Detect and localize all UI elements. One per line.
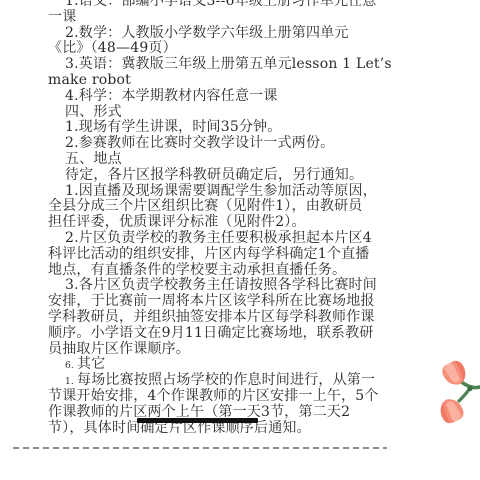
doc-line: 学科教研员，并组织抽签安排本片区每学科教师作课	[48, 310, 428, 326]
section-heading-format: 四、形式	[48, 105, 428, 121]
doc-line: 2.数学：人教版小学数学六年级上册第四单元	[48, 26, 428, 42]
doc-line: 担任评委，优质课评分标准（见附件2）。	[48, 215, 428, 231]
doc-line: 3.各片区负责学校教务主任请按照各学科比赛时间	[48, 278, 428, 294]
doc-line: 节课开始安排，4个作课教师的片区安排一上午，5个	[48, 389, 428, 405]
doc-line: 3.英语：冀教版三年级上册第五单元lesson 1 Let’s	[48, 57, 428, 73]
notice-text-block: 1.语文：部编小学语文3--6年级上册习作单元任意 一课 2.数学：人教版小学数…	[48, 0, 428, 436]
doc-line-text: 每场比赛按照占场学校的作息时间进行，从第一	[77, 372, 375, 388]
flower-stem-node	[467, 386, 472, 391]
doc-line: 安排，于比赛前一周将本片区该学科所在比赛场地报	[48, 294, 428, 310]
section-heading-location: 五、地点	[48, 152, 428, 168]
redaction-bar	[137, 418, 258, 423]
line-number-small: 6.	[65, 361, 74, 371]
doc-line: 员抽取片区作课顺序。	[48, 342, 428, 358]
tulip-flower-image	[434, 357, 480, 425]
doc-line: 待定，各片区报学科教研员确定后，另行通知。	[48, 168, 428, 184]
doc-line: 2.参赛教师在比赛时交教学设计一式两份。	[48, 136, 428, 152]
doc-line: 《比》（48—49页）	[48, 41, 428, 57]
doc-line: 4.科学：本学期教材内容任意一课	[48, 89, 428, 105]
doc-line: 1.现场有学生讲课，时间35分钟。	[48, 120, 428, 136]
doc-line: 1.语文：部编小学语文3--6年级上册习作单元任意	[48, 0, 428, 10]
doc-line: 1.因直播及现场课需要调配学生参加活动等原因，	[48, 184, 428, 200]
section-heading-other: 6.其它	[48, 357, 428, 373]
doc-line: 顺序。小学语文在9月11日确定比赛场地，联系教研	[48, 326, 428, 342]
dashed-divider	[13, 447, 387, 449]
document-page: 1.语文：部编小学语文3--6年级上册习作单元任意 一课 2.数学：人教版小学数…	[0, 0, 480, 480]
line-number-small: 1.	[65, 377, 74, 387]
doc-line: make robot	[48, 73, 428, 89]
doc-line: 地点，有直播条件的学校要主动承担直播任务。	[48, 263, 428, 279]
doc-line: 2.片区负责学校的教务主任要积极承担起本片区4	[48, 231, 428, 247]
doc-line-text: 其它	[77, 356, 105, 372]
doc-line: 科评比活动的组织安排，片区内每学科确定1个直播	[48, 247, 428, 263]
doc-line: 一课	[48, 10, 428, 26]
doc-line: 1.每场比赛按照占场学校的作息时间进行，从第一	[48, 373, 428, 389]
doc-line: 全县分成三个片区组织比赛（见附件1），由教研员	[48, 199, 428, 215]
